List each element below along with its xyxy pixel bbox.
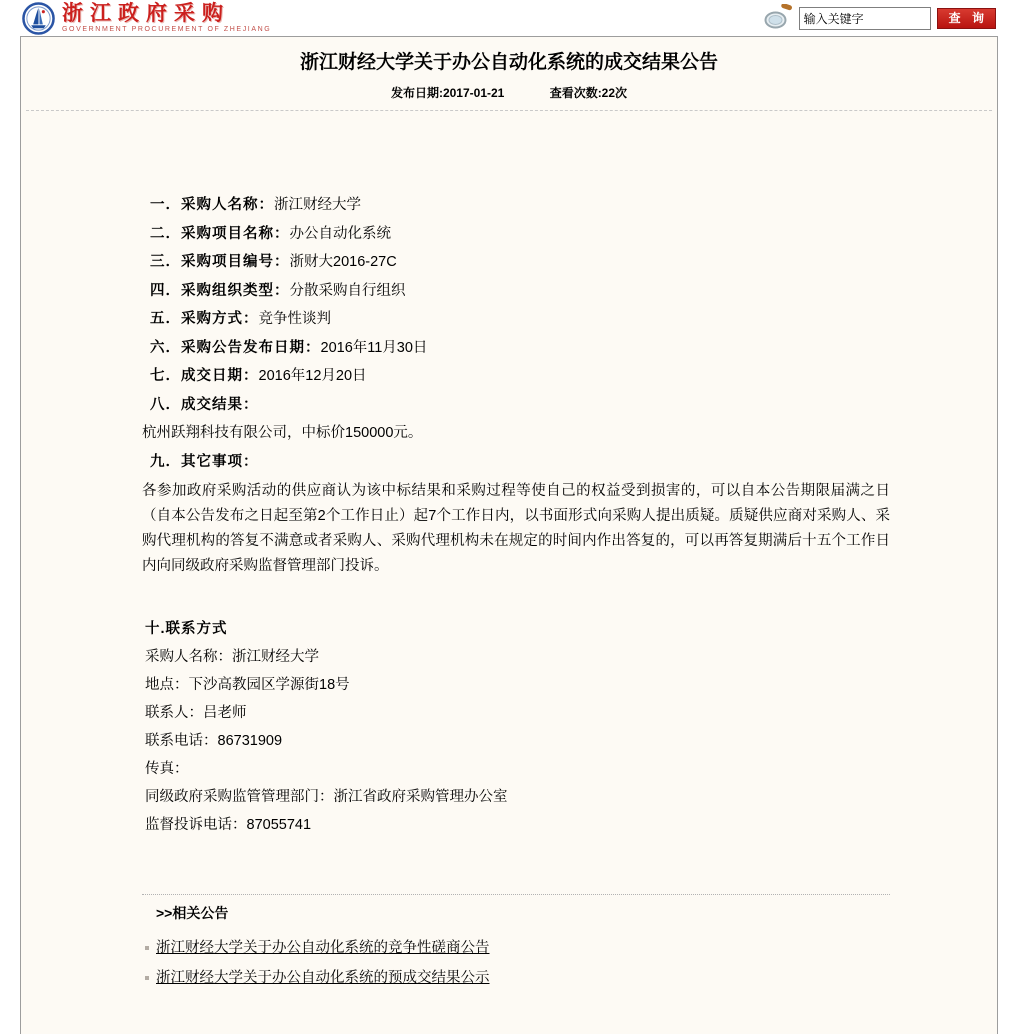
item-deal-date: 七．成交日期：2016年12月20日 — [142, 362, 890, 391]
related-link-pre-result-publicity[interactable]: 浙江财经大学关于办公自动化系统的预成交结果公示 — [156, 963, 490, 993]
logo-text: 浙江政府采购 GOVERNMENT PROCUREMENT OF ZHEJIAN… — [62, 2, 271, 34]
logo-badge-icon — [22, 2, 55, 35]
contact-heading: 十.联系方式 — [142, 615, 890, 643]
view-count: 查看次数:22次 — [550, 86, 627, 100]
logo-subtitle: GOVERNMENT PROCUREMENT OF ZHEJIANG — [62, 25, 271, 34]
article-body: 一．采购人名称：浙江财经大学 二．采购项目名称：办公自动化系统 三．采购项目编号… — [142, 191, 890, 839]
related-links-list: 浙江财经大学关于办公自动化系统的竞争性磋商公告 浙江财经大学关于办公自动化系统的… — [142, 933, 890, 993]
deal-result-text: 杭州跃翔科技有限公司，中标价150000元。 — [142, 419, 890, 448]
contact-supervision-dept: 同级政府采购监管管理部门：浙江省政府采购管理办公室 — [142, 783, 890, 811]
search-bar: 查 询 — [763, 6, 996, 31]
search-icon — [763, 4, 793, 31]
contact-phone: 联系电话：86731909 — [142, 727, 890, 755]
title-separator — [26, 110, 992, 111]
item-announce-date: 六．采购公告发布日期：2016年11月30日 — [142, 334, 890, 363]
item-procurement-method: 五．采购方式：竞争性谈判 — [142, 305, 890, 334]
contact-person: 联系人：吕老师 — [142, 699, 890, 727]
item-purchaser: 一．采购人名称：浙江财经大学 — [142, 191, 890, 220]
publish-date: 发布日期:2017-01-21 — [391, 86, 504, 100]
contact-fax: 传真： — [142, 755, 890, 783]
related-announcements: >>相关公告 浙江财经大学关于办公自动化系统的竞争性磋商公告 浙江财经大学关于办… — [142, 894, 890, 993]
related-link-negotiation-announcement[interactable]: 浙江财经大学关于办公自动化系统的竞争性磋商公告 — [156, 933, 490, 963]
contact-purchaser: 采购人名称：浙江财经大学 — [142, 643, 890, 671]
item-organization-type: 四．采购组织类型：分散采购自行组织 — [142, 277, 890, 306]
site-logo: 浙江政府采购 GOVERNMENT PROCUREMENT OF ZHEJIAN… — [22, 2, 271, 35]
search-button[interactable]: 查 询 — [937, 8, 996, 29]
contact-address: 地点：下沙高教园区学源街18号 — [142, 671, 890, 699]
list-item: 浙江财经大学关于办公自动化系统的预成交结果公示 — [142, 963, 890, 993]
page-title: 浙江财经大学关于办公自动化系统的成交结果公告 — [21, 50, 997, 75]
item-project-name: 二．采购项目名称：办公自动化系统 — [142, 220, 890, 249]
list-item: 浙江财经大学关于办公自动化系统的竞争性磋商公告 — [142, 933, 890, 963]
logo-title: 浙江政府采购 — [62, 3, 271, 25]
item-project-number: 三．采购项目编号：浙财大2016-27C — [142, 248, 890, 277]
article-meta: 发布日期:2017-01-21 查看次数:22次 — [21, 86, 997, 100]
site-header: 浙江政府采购 GOVERNMENT PROCUREMENT OF ZHEJIAN… — [0, 0, 1020, 36]
square-bullet-icon — [145, 946, 149, 950]
item-deal-result: 八．成交结果： — [142, 391, 890, 420]
square-bullet-icon — [145, 976, 149, 980]
announcement-panel: 浙江财经大学关于办公自动化系统的成交结果公告 发布日期:2017-01-21 查… — [20, 36, 998, 1034]
search-input[interactable] — [799, 7, 931, 30]
other-matters-heading: 九．其它事项： — [142, 448, 890, 477]
other-matters-text: 各参加政府采购活动的供应商认为该中标结果和采购过程等使自己的权益受到损害的，可以… — [142, 479, 890, 579]
contact-complaint-phone: 监督投诉电话：87055741 — [142, 811, 890, 839]
related-heading: >>相关公告 — [142, 904, 890, 922]
